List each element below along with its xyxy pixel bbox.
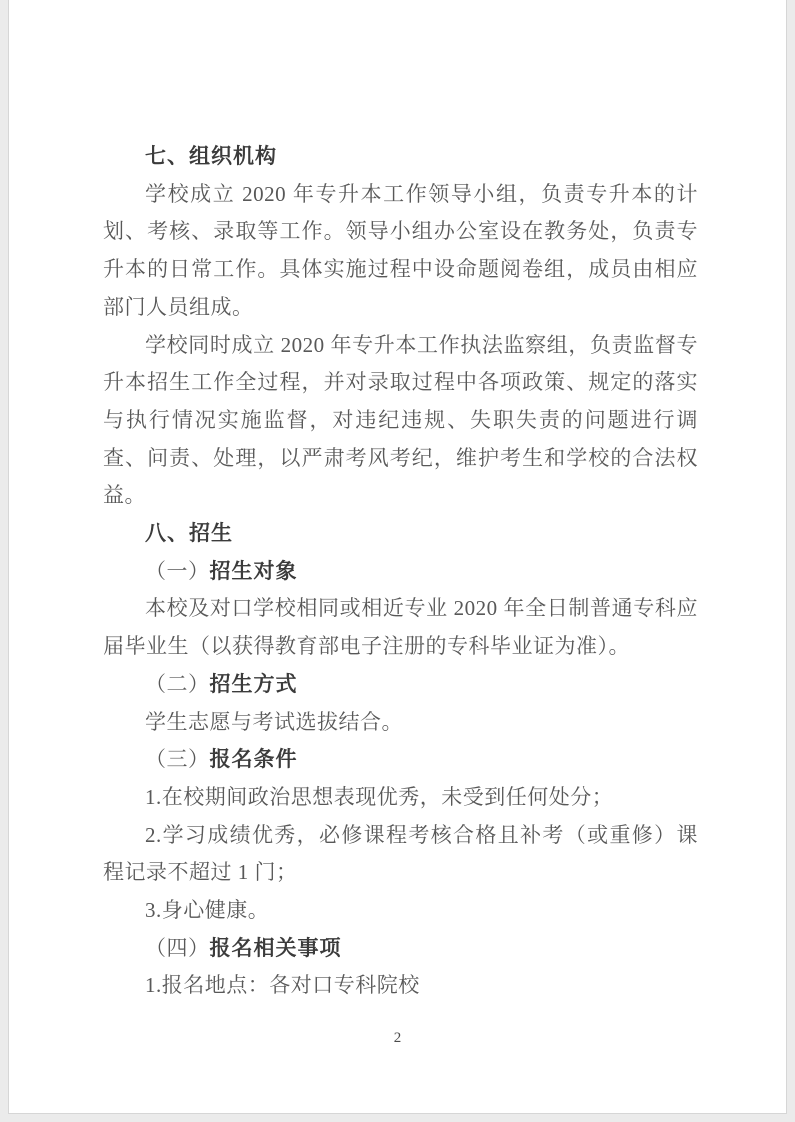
subheading-registration-conditions: （三）报名条件 [103, 741, 698, 779]
list-item-condition-1: 1.在校期间政治思想表现优秀，未受到任何处分； [103, 779, 698, 817]
subheading-number: （二） [145, 672, 210, 696]
document-viewer: 七、组织机构 学校成立 2020 年专升本工作领导小组，负责专升本的计划、考核、… [0, 0, 795, 1122]
subheading-number: （三） [145, 747, 210, 771]
list-item-registration-location: 1.报名地点：各对口专科院校 [103, 967, 698, 1005]
section-heading-organization: 七、组织机构 [103, 138, 698, 176]
subheading-number: （四） [145, 936, 210, 960]
subheading-enrollment-target: （一）招生对象 [103, 553, 698, 591]
subheading-title: 招生方式 [210, 673, 298, 696]
subheading-title: 报名条件 [210, 748, 298, 771]
subheading-registration-matters: （四）报名相关事项 [103, 930, 698, 968]
section-heading-enrollment: 八、招生 [103, 515, 698, 553]
subheading-title: 招生对象 [210, 560, 298, 583]
paragraph-enrollment-method: 学生志愿与考试选拔结合。 [103, 704, 698, 742]
document-page: 七、组织机构 学校成立 2020 年专升本工作领导小组，负责专升本的计划、考核、… [8, 0, 787, 1114]
page-number: 2 [9, 1028, 786, 1048]
paragraph-supervision-group: 学校同时成立 2020 年专升本工作执法监察组，负责监督专升本招生工作全过程，并… [103, 327, 698, 516]
paragraph-enrollment-target: 本校及对口学校相同或相近专业 2020 年全日制普通专科应届毕业生（以获得教育部… [103, 590, 698, 665]
subheading-number: （一） [145, 559, 210, 583]
document-content: 七、组织机构 学校成立 2020 年专升本工作领导小组，负责专升本的计划、考核、… [9, 0, 786, 1005]
list-item-condition-3: 3.身心健康。 [103, 892, 698, 930]
list-item-condition-2: 2.学习成绩优秀，必修课程考核合格且补考（或重修）课程记录不超过 1 门； [103, 817, 698, 892]
subheading-title: 报名相关事项 [210, 937, 342, 960]
paragraph-leading-group: 学校成立 2020 年专升本工作领导小组，负责专升本的计划、考核、录取等工作。领… [103, 176, 698, 327]
subheading-enrollment-method: （二）招生方式 [103, 666, 698, 704]
